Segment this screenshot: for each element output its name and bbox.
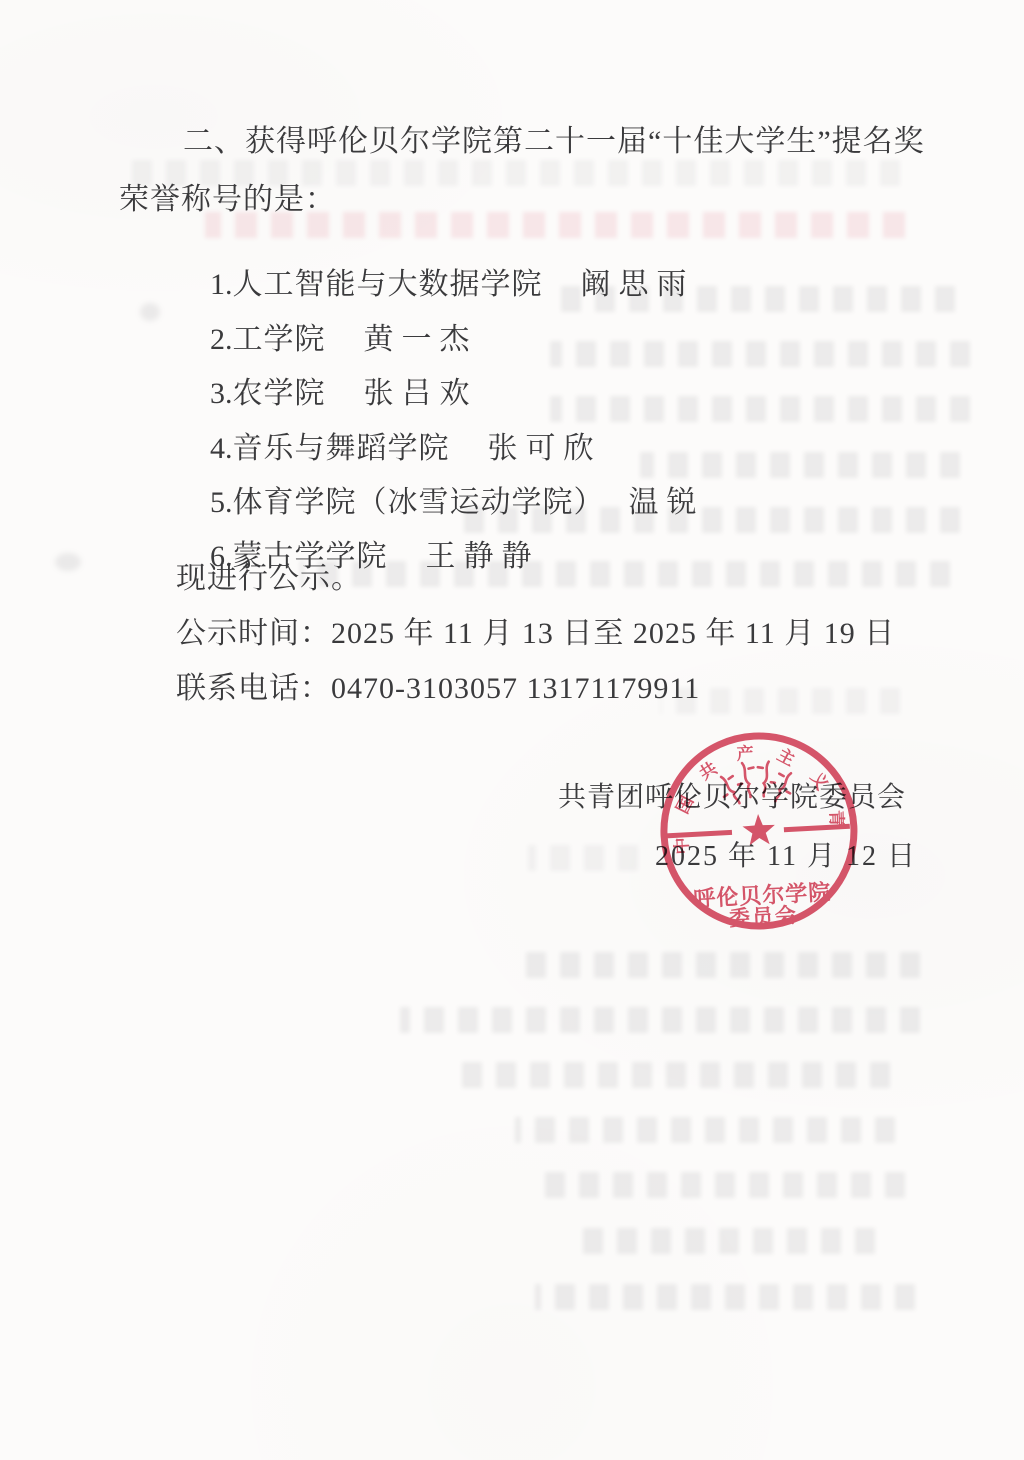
seal-right-bar [784,826,850,829]
nominee-name: 王静静 [426,540,540,573]
section-heading-line1: 二、获得呼伦贝尔学院第二十一届“十佳大学生”提名奖 [183,126,925,158]
bleed-through-text-line [515,1117,895,1143]
seal-graphic: 中国共产主义青年团 [647,722,872,943]
nominee-name: 阚思雨 [581,268,695,301]
contact-phone-line: 联系电话：0470-3103057 13171179911 [176,673,700,705]
bleed-through-text-line [450,1062,890,1088]
bleed-through-text-line [400,1007,920,1033]
bleed-through-text-line [535,1284,915,1310]
bleed-through-text-line [550,341,970,367]
bleed-through-text-line [550,396,970,422]
bleed-through-text-line [528,845,638,871]
seal-org-line2: 委员会 [728,903,798,931]
section-heading-line2: 荣誉称号的是： [119,184,336,216]
nominee-name: 温锐 [629,486,705,519]
official-seal: 中国共产主义青年团 [647,722,872,943]
scan-smudge [140,303,160,321]
bleed-through-text-line [520,952,920,978]
bleed-through-text-line [575,1228,875,1254]
scanned-document-page: 二、获得呼伦贝尔学院第二十一届“十佳大学生”提名奖 荣誉称号的是： 1.人工智能… [0,0,1024,1460]
seal-left-bar [666,832,732,835]
publicity-period-line: 公示时间：2025 年 11 月 13 日至 2025 年 11 月 19 日 [176,618,895,650]
scan-smudge [55,553,81,571]
bleed-through-text-line [545,1172,905,1198]
closing-line: 现进行公示。 [176,563,362,595]
red-star-icon [742,813,776,845]
